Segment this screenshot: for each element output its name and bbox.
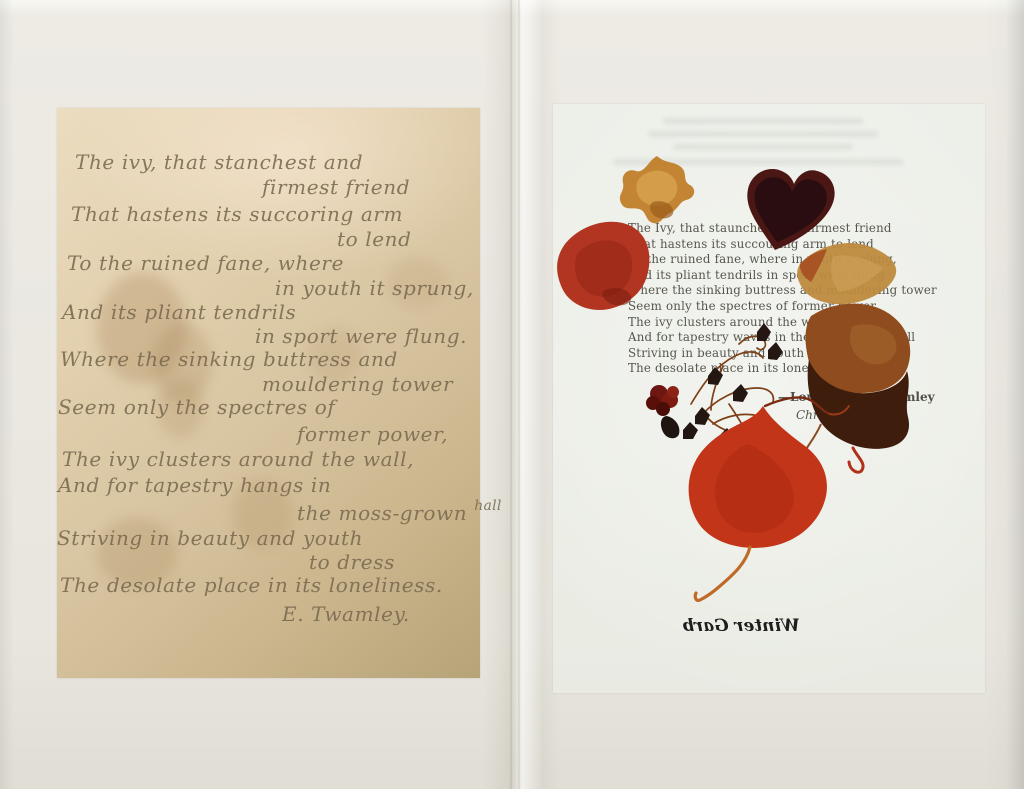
handwritten-line: To the ruined fane, where	[67, 251, 344, 275]
handwritten-line: The ivy clusters around the wall,	[62, 447, 414, 471]
tan-ochre-leaf-icon	[797, 243, 896, 304]
handwritten-line: The desolate place in its loneliness.	[60, 573, 443, 597]
pressed-leaves-artwork	[553, 104, 985, 693]
handwritten-line: firmest friend	[262, 175, 410, 199]
handwritten-line: The ivy, that stanchest and	[75, 150, 363, 174]
handwritten-line: to dress	[309, 550, 395, 574]
rust-brown-leaf-icon	[801, 304, 910, 473]
handwritten-line: to lend	[337, 227, 412, 251]
handwritten-signature: E. Twamley.	[282, 602, 410, 626]
right-page-pressed-leaves-photo: The Ivy, that staunchest and firmest fri…	[553, 104, 985, 693]
handwritten-line: Seem only the spectres of	[58, 395, 335, 419]
handwritten-line: in youth it sprung,	[275, 276, 474, 300]
handwritten-line: Where the sinking buttress and	[60, 347, 398, 371]
book-spread-scan: The ivy, that stanchest and firmest frie…	[0, 0, 1024, 789]
dark-red-rosette-icon	[646, 385, 679, 438]
large-red-heart-leaf-icon	[689, 397, 849, 600]
dark-maroon-heart-leaf-icon	[747, 169, 834, 250]
handwritten-line: in sport were flung.	[255, 324, 467, 348]
handwritten-line: Striving in beauty and youth	[57, 526, 363, 550]
handwritten-line: And its pliant tendrils	[62, 300, 296, 324]
handwritten-line: the moss-grown	[297, 501, 467, 525]
gutter-crease-line	[510, 0, 512, 789]
handwritten-line: That hastens its succoring arm	[71, 202, 403, 226]
red-blotch-leaf-icon	[557, 222, 649, 310]
gutter-crease-line	[518, 0, 520, 789]
handwritten-line: And for tapestry hangs in	[58, 473, 331, 497]
handwritten-line-with-insertion: the moss-grown hall	[297, 501, 502, 525]
orange-ivy-leaf-icon	[620, 156, 694, 223]
superscript-insertion: hall	[474, 498, 502, 514]
handwritten-line: mouldering tower	[262, 372, 453, 396]
page-gutter-fold	[482, 0, 560, 789]
handwritten-line: former power,	[297, 422, 448, 446]
left-page-manuscript-photo: The ivy, that stanchest and firmest frie…	[57, 108, 480, 678]
